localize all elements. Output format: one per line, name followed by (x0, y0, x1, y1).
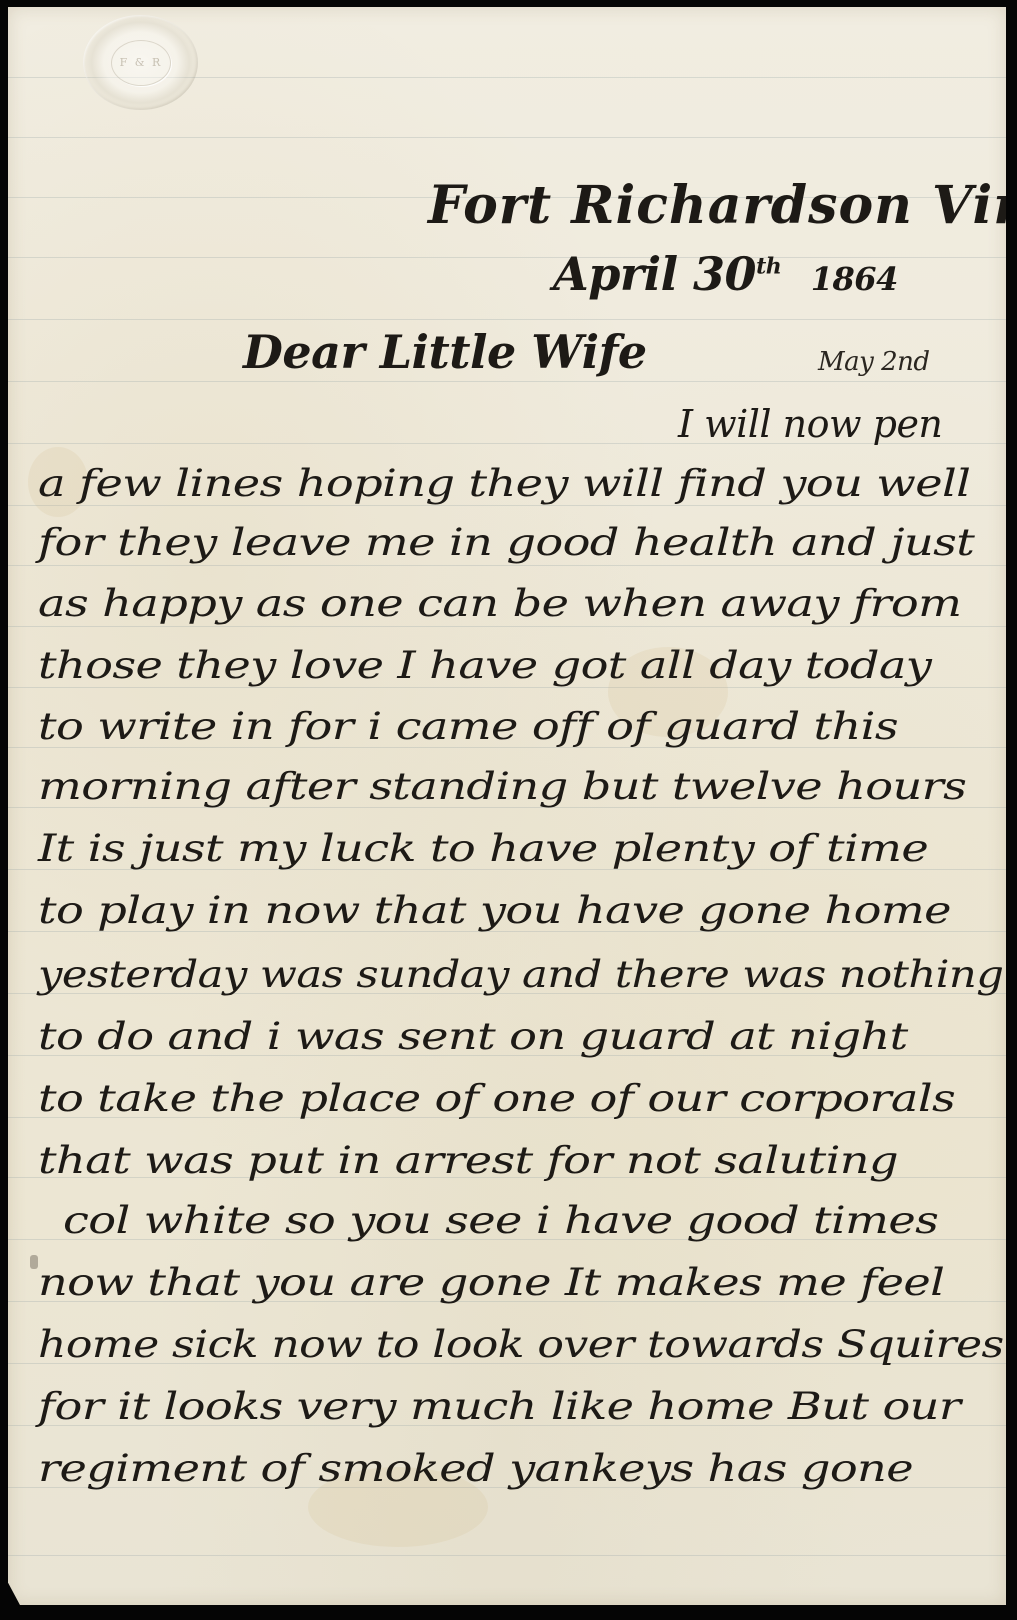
ruled-line (8, 565, 1006, 566)
letter-date: April 30th 1864 (553, 247, 898, 301)
embossed-seal-icon: F & R (83, 15, 198, 110)
letter-date-year: 1864 (811, 260, 898, 298)
body-line: for they leave me in good health and jus… (38, 521, 974, 564)
ruled-line (8, 137, 1006, 138)
letter-page: F & R Fort Richardson Virginia April 30t… (8, 7, 1006, 1605)
body-line: col white so you see i have good times (63, 1199, 938, 1242)
letter-place-heading: Fort Richardson Virginia (428, 175, 1017, 236)
ruled-line (8, 381, 1006, 382)
ruled-line (8, 1555, 1006, 1556)
body-line: regiment of smoked yankeys has gone (38, 1447, 913, 1490)
ruled-line (8, 505, 1006, 506)
body-line: now that you are gone It makes me feel (38, 1261, 944, 1304)
body-line: morning after standing but twelve hours (38, 765, 966, 808)
body-line: for it looks very much like home But our (38, 1385, 960, 1428)
body-line: home sick now to look over towards Squir… (38, 1323, 1004, 1366)
letter-date-month-day: April 30 (553, 247, 756, 301)
letter-date-suffix: th (756, 254, 781, 280)
body-line: those they love I have got all day today (38, 644, 931, 687)
margin-date-note: May 2nd (818, 347, 930, 377)
ruled-line (8, 687, 1006, 688)
body-line: to write in for i came off of guard this (38, 705, 898, 748)
ruled-line (8, 319, 1006, 320)
body-line: a few lines hoping they will find you we… (38, 462, 970, 505)
body-line: to do and i was sent on guard at night (38, 1015, 908, 1058)
body-line: yesterday was sunday and there was nothi… (38, 953, 1003, 996)
letter-opening: I will now pen (678, 402, 942, 446)
ink-blot (30, 1255, 38, 1269)
body-line: to take the place of one of our corporal… (38, 1077, 955, 1120)
body-line: that was put in arrest for not saluting (38, 1139, 898, 1182)
ruled-line (8, 626, 1006, 627)
letter-salutation: Dear Little Wife (243, 325, 647, 379)
body-line: to play in now that you have gone home (38, 889, 951, 932)
body-line: It is just my luck to have plenty of tim… (38, 827, 928, 870)
body-line: as happy as one can be when away from (38, 582, 961, 625)
emboss-seal-text: F & R (111, 40, 171, 86)
